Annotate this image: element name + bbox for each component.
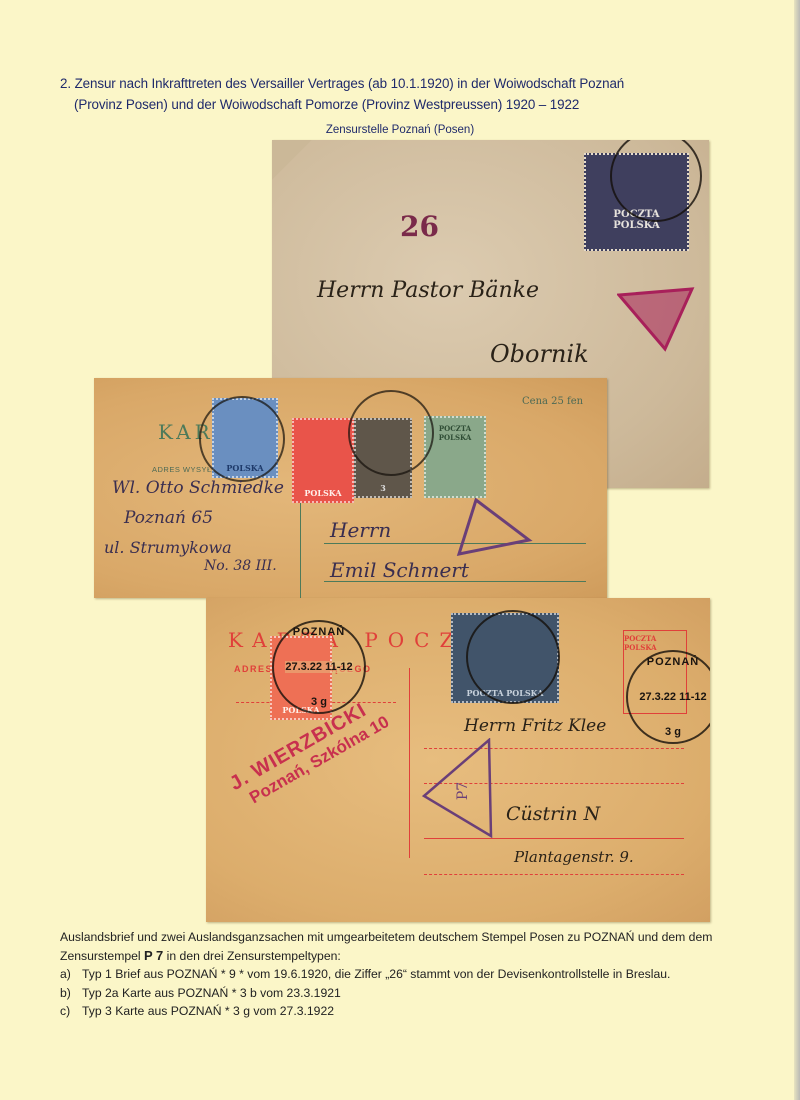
censor-triangle-violet: [454, 498, 534, 558]
section-subheading: Zensurstelle Poznań (Posen): [0, 124, 800, 136]
censor-triangle-magenta: [617, 285, 697, 353]
list-item-a: a)Typ 1 Brief aus POZNAŃ * 9 * vom 19.6.…: [60, 965, 760, 984]
divider-vertical: [409, 668, 410, 858]
list-item-c: c)Typ 3 Karte aus POZNAŃ * 3 g vom 27.3.…: [60, 1002, 760, 1021]
address-hand-3: Plantagenstr. 9.: [514, 848, 634, 866]
postmark-code: 3 g: [665, 726, 681, 738]
address-line-2: Obornik: [490, 340, 589, 368]
postmark-town: POZNAŃ: [647, 656, 699, 668]
postcard-kartka-1921: KARTKA Cena 25 fen ADRES WYSYŁAJĄCEGO PO…: [94, 378, 607, 598]
censor-mark-p7: P7: [455, 782, 471, 800]
stamp-value: 3: [380, 483, 386, 493]
corner-fold: [272, 140, 312, 180]
postmark-poznan-1: POZNAŃ 27.3.22 11-12 3 g: [272, 620, 366, 714]
sender-hand-1: Wl. Otto Schmiedke: [112, 478, 284, 498]
address-hand-2: Cüstrin N: [506, 803, 600, 825]
postcard-karta-pocztowa-1922: KARTA POCZTOWA ADRES WYSYŁAJĄCEGO POLSKA…: [206, 598, 710, 922]
sender-hand-3: ul. Strumykowa: [104, 538, 232, 557]
list-item-b: b)Typ 2a Karte aus POZNAŃ * 3 b vom 23.3…: [60, 984, 760, 1003]
description-intro: Auslandsbrief und zwei Auslandsganzsache…: [60, 928, 760, 965]
address-hand-1: Herrn: [330, 518, 391, 542]
postmark-poznan-2: [348, 390, 434, 476]
sender-hand-2: Poznań 65: [124, 508, 213, 528]
heading-line-1: 2. Zensur nach Inkrafttreten des Versail…: [60, 76, 624, 91]
address-hand-1: Herrn Fritz Klee: [464, 716, 606, 736]
list-text: Typ 1 Brief aus POZNAŃ * 9 * vom 19.6.19…: [82, 965, 670, 984]
page-heading: 2. Zensur nach Inkrafttreten des Versail…: [60, 73, 760, 115]
address-rule-3: [424, 838, 684, 839]
list-marker: a): [60, 965, 82, 984]
intro-bold-p7: P 7: [144, 948, 163, 963]
stamp-text: POCZTA POLSKA: [435, 424, 475, 442]
address-line-1: Herrn Pastor Bänke: [317, 278, 539, 303]
description: Auslandsbrief und zwei Auslandsganzsache…: [60, 928, 760, 1021]
postmark-date: 27.3.22 11-12: [639, 691, 706, 703]
list-text: Typ 3 Karte aus POZNAŃ * 3 g vom 27.3.19…: [82, 1002, 334, 1021]
card-price: Cena 25 fen: [522, 396, 583, 407]
heading-line-2: (Provinz Posen) und der Woiwodschaft Pom…: [60, 94, 760, 115]
stamp-red-1: POLSKA: [292, 418, 354, 503]
address-hand-2: Emil Schmert: [330, 558, 469, 582]
list-marker: c): [60, 1002, 82, 1021]
postmark-poznan-2: [466, 610, 560, 704]
list-marker: b): [60, 984, 82, 1003]
intro-text-end: in den drei Zensurstempeltypen:: [163, 949, 341, 963]
list-text: Typ 2a Karte aus POZNAŃ * 3 b vom 23.3.1…: [82, 984, 341, 1003]
postmark-poznan-3: POZNAŃ 27.3.22 11-12 3 g: [626, 650, 710, 744]
sender-hand-4: No. 38 III.: [204, 558, 277, 574]
page-edge: [794, 0, 800, 1100]
postmark-town: POZNAŃ: [293, 626, 345, 638]
postmark-date: 27.3.22 11-12: [285, 661, 352, 673]
number-mark-26: 26: [400, 210, 439, 243]
postmark-code: 3 g: [311, 696, 327, 708]
address-rule-4: [424, 874, 684, 875]
postmark-poznan-1: [199, 396, 285, 482]
stamp-text: POLSKA: [304, 488, 341, 498]
